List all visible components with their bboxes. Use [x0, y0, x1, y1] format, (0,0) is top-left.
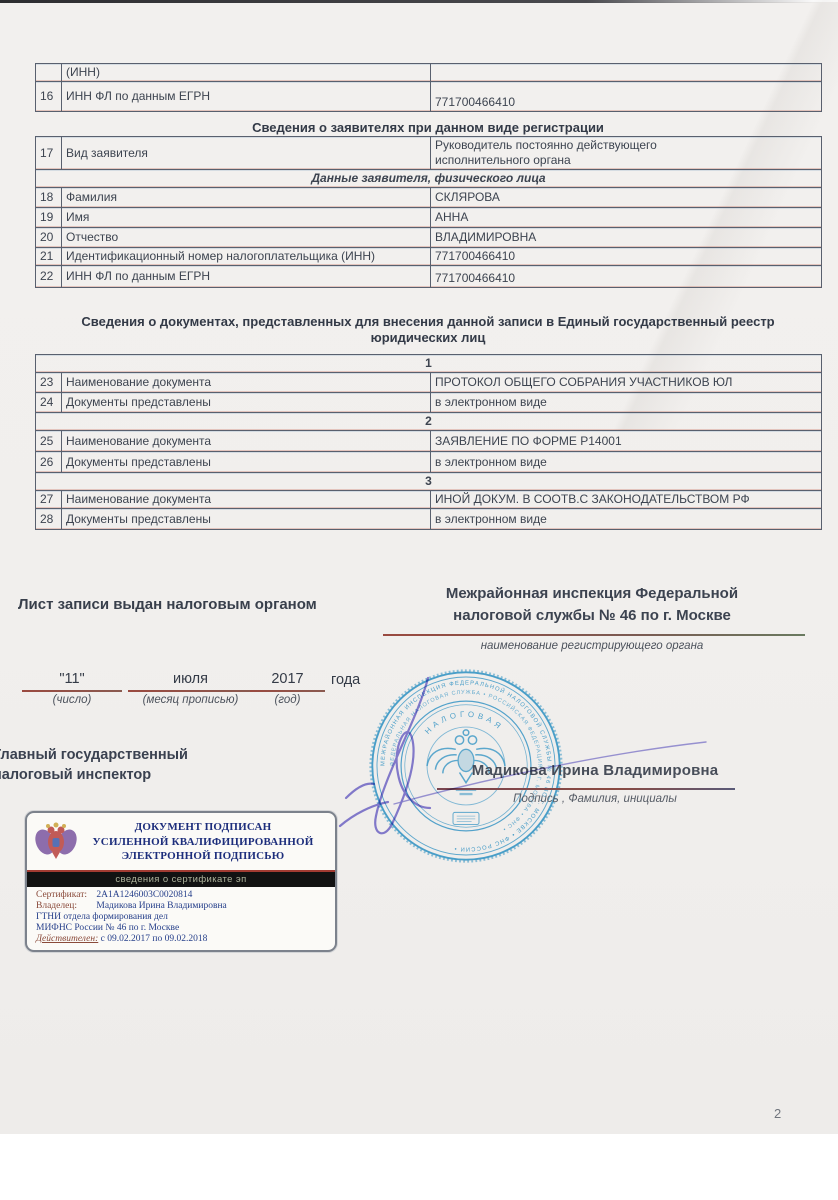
- date-month-caption: (месяц прописью): [128, 694, 253, 706]
- row-number: 19: [36, 208, 62, 228]
- esignature-title-line3: ЭЛЕКТРОННОЙ ПОДПИСЬЮ: [79, 849, 327, 864]
- table-documents: 1 23 Наименование документа ПРОТОКОЛ ОБЩ…: [35, 354, 822, 530]
- table-applicants: 17 Вид заявителя Руководитель постоянно …: [35, 136, 822, 288]
- owner-label: Владелец:: [36, 901, 94, 912]
- row-value: ВЛАДИМИРОВНА: [431, 228, 822, 248]
- table-row: 22 ИНН ФЛ по данным ЕГРН 771700466410: [36, 266, 822, 288]
- certificate-serial-row: Сертификат: 2A1A1246003C0020814: [36, 890, 326, 901]
- row-value: в электронном виде: [431, 452, 822, 473]
- table-row: 27 Наименование документа ИНОЙ ДОКУМ. В …: [36, 491, 822, 509]
- section-title-applicants: Сведения о заявителях при данном виде ре…: [35, 120, 821, 136]
- row-number: 28: [36, 509, 62, 530]
- row-label: Наименование документа: [62, 373, 431, 393]
- row-label: Фамилия: [62, 188, 431, 208]
- row-number: 23: [36, 373, 62, 393]
- row-number: 17: [36, 137, 62, 170]
- row-label: (ИНН): [62, 64, 431, 82]
- certificate-value: 2A1A1246003C0020814: [96, 890, 192, 900]
- row-value: [431, 64, 822, 82]
- row-label: Документы представлены: [62, 393, 431, 413]
- issued-by-label: Лист записи выдан налоговым органом: [18, 596, 370, 613]
- row-number: 24: [36, 393, 62, 413]
- row-value: 771700466410: [431, 248, 822, 266]
- certificate-owner-row: Владелец: Мадикова Ирина Владимировна: [36, 901, 326, 912]
- group-index-row: 1: [36, 355, 822, 373]
- date-day-underline: [22, 690, 122, 692]
- registering-authority: Межрайонная инспекция Федеральной налого…: [372, 583, 812, 627]
- esignature-title-line2: УСИЛЕННОЙ КВАЛИФИЦИРОВАННОЙ: [79, 835, 327, 850]
- authority-caption: наименование регистрирующего органа: [372, 640, 812, 652]
- row-label: Наименование документа: [62, 431, 431, 452]
- scanned-document-page: (ИНН) 16 ИНН ФЛ по данным ЕГРН 771700466…: [0, 0, 838, 1200]
- table-inn: (ИНН) 16 ИНН ФЛ по данным ЕГРН 771700466…: [35, 63, 822, 112]
- row-number: 26: [36, 452, 62, 473]
- date-day: "11": [22, 671, 122, 687]
- row-number: 18: [36, 188, 62, 208]
- row-value: 771700466410: [431, 82, 822, 112]
- row-number: 27: [36, 491, 62, 509]
- row-number: [36, 64, 62, 82]
- row-value: АННА: [431, 208, 822, 228]
- row-label: Имя: [62, 208, 431, 228]
- date-month-underline: [128, 690, 253, 692]
- row-label: ИНН ФЛ по данным ЕГРН: [62, 82, 431, 112]
- handwritten-signature: [332, 652, 732, 867]
- date-year-underline: [250, 690, 325, 692]
- row-number: 16: [36, 82, 62, 112]
- table-row: 24 Документы представлены в электронном …: [36, 393, 822, 413]
- esignature-title: ДОКУМЕНТ ПОДПИСАН УСИЛЕННОЙ КВАЛИФИЦИРОВ…: [79, 820, 327, 864]
- row-value: ПРОТОКОЛ ОБЩЕГО СОБРАНИЯ УЧАСТНИКОВ ЮЛ: [431, 373, 822, 393]
- row-value: в электронном виде: [431, 393, 822, 413]
- section-title-documents: Сведения о документах, представленных дл…: [49, 314, 807, 347]
- authority-name: Межрайонная инспекция Федеральной налого…: [424, 583, 760, 627]
- table-row: 16 ИНН ФЛ по данным ЕГРН 771700466410: [36, 82, 822, 112]
- table-row: 26 Документы представлены в электронном …: [36, 452, 822, 473]
- signer-title: Главный государственный налоговый инспек…: [0, 745, 228, 786]
- date-month: июля: [128, 671, 253, 687]
- table-row: 18 Фамилия СКЛЯРОВА: [36, 188, 822, 208]
- row-value: 771700466410: [431, 266, 822, 288]
- validity-value: с 09.02.2017 по 09.02.2018: [101, 934, 208, 944]
- row-number: 25: [36, 431, 62, 452]
- table-subheader-row: Данные заявителя, физического лица: [36, 170, 822, 188]
- row-value: ЗАЯВЛЕНИЕ ПО ФОРМЕ Р14001: [431, 431, 822, 452]
- row-value: Руководитель постоянно действующего испо…: [435, 138, 735, 168]
- row-label: Отчество: [62, 228, 431, 248]
- row-label: Наименование документа: [62, 491, 431, 509]
- esignature-stamp: ДОКУМЕНТ ПОДПИСАН УСИЛЕННОЙ КВАЛИФИЦИРОВ…: [25, 811, 337, 952]
- group-index: 2: [36, 413, 822, 431]
- certificate-info-bar: сведения о сертификате эп: [27, 870, 335, 887]
- page-number: 2: [774, 1106, 781, 1121]
- owner-value: Мадикова Ирина Владимировна: [96, 901, 226, 911]
- subheader-label: Данные заявителя, физического лица: [36, 170, 822, 188]
- table-row: 25 Наименование документа ЗАЯВЛЕНИЕ ПО Ф…: [36, 431, 822, 452]
- table-row: 21 Идентификационный номер налогоплатель…: [36, 248, 822, 266]
- row-label: ИНН ФЛ по данным ЕГРН: [62, 266, 431, 288]
- row-number: 21: [36, 248, 62, 266]
- table-row: 20 Отчество ВЛАДИМИРОВНА: [36, 228, 822, 248]
- authority-underline: [383, 634, 805, 636]
- certificate-dept: ГТНИ отдела формирования дел: [36, 912, 326, 923]
- group-index: 1: [36, 355, 822, 373]
- certificate-details: Сертификат: 2A1A1246003C0020814 Владелец…: [27, 887, 335, 950]
- group-index-row: 3: [36, 473, 822, 491]
- row-value: СКЛЯРОВА: [431, 188, 822, 208]
- group-index: 3: [36, 473, 822, 491]
- table-row: 17 Вид заявителя Руководитель постоянно …: [36, 137, 822, 170]
- table-row: 23 Наименование документа ПРОТОКОЛ ОБЩЕГ…: [36, 373, 822, 393]
- validity-label: Действителен:: [36, 934, 98, 944]
- table-row: (ИНН): [36, 64, 822, 82]
- coat-of-arms-icon: [33, 817, 79, 867]
- row-label: Документы представлены: [62, 509, 431, 530]
- table-row: 28 Документы представлены в электронном …: [36, 509, 822, 530]
- row-label: Вид заявителя: [62, 137, 431, 170]
- row-value: в электронном виде: [431, 509, 822, 530]
- date-day-caption: (число): [22, 694, 122, 706]
- table-row: 19 Имя АННА: [36, 208, 822, 228]
- esignature-title-line1: ДОКУМЕНТ ПОДПИСАН: [79, 820, 327, 835]
- certificate-validity-row: Действителен: с 09.02.2017 по 09.02.2018: [36, 934, 326, 945]
- row-number: 20: [36, 228, 62, 248]
- row-label: Документы представлены: [62, 452, 431, 473]
- group-index-row: 2: [36, 413, 822, 431]
- row-value: ИНОЙ ДОКУМ. В СООТВ.С ЗАКОНОДАТЕЛЬСТВОМ …: [435, 492, 787, 507]
- date-year-caption: (год): [250, 694, 325, 706]
- row-label: Идентификационный номер налогоплательщик…: [66, 249, 376, 264]
- row-number: 22: [36, 266, 62, 288]
- certificate-label: Сертификат:: [36, 890, 94, 901]
- certificate-org: МИФНС России № 46 по г. Москве: [36, 923, 326, 934]
- esignature-header: ДОКУМЕНТ ПОДПИСАН УСИЛЕННОЙ КВАЛИФИЦИРОВ…: [27, 813, 335, 870]
- date-year: 2017: [250, 671, 325, 687]
